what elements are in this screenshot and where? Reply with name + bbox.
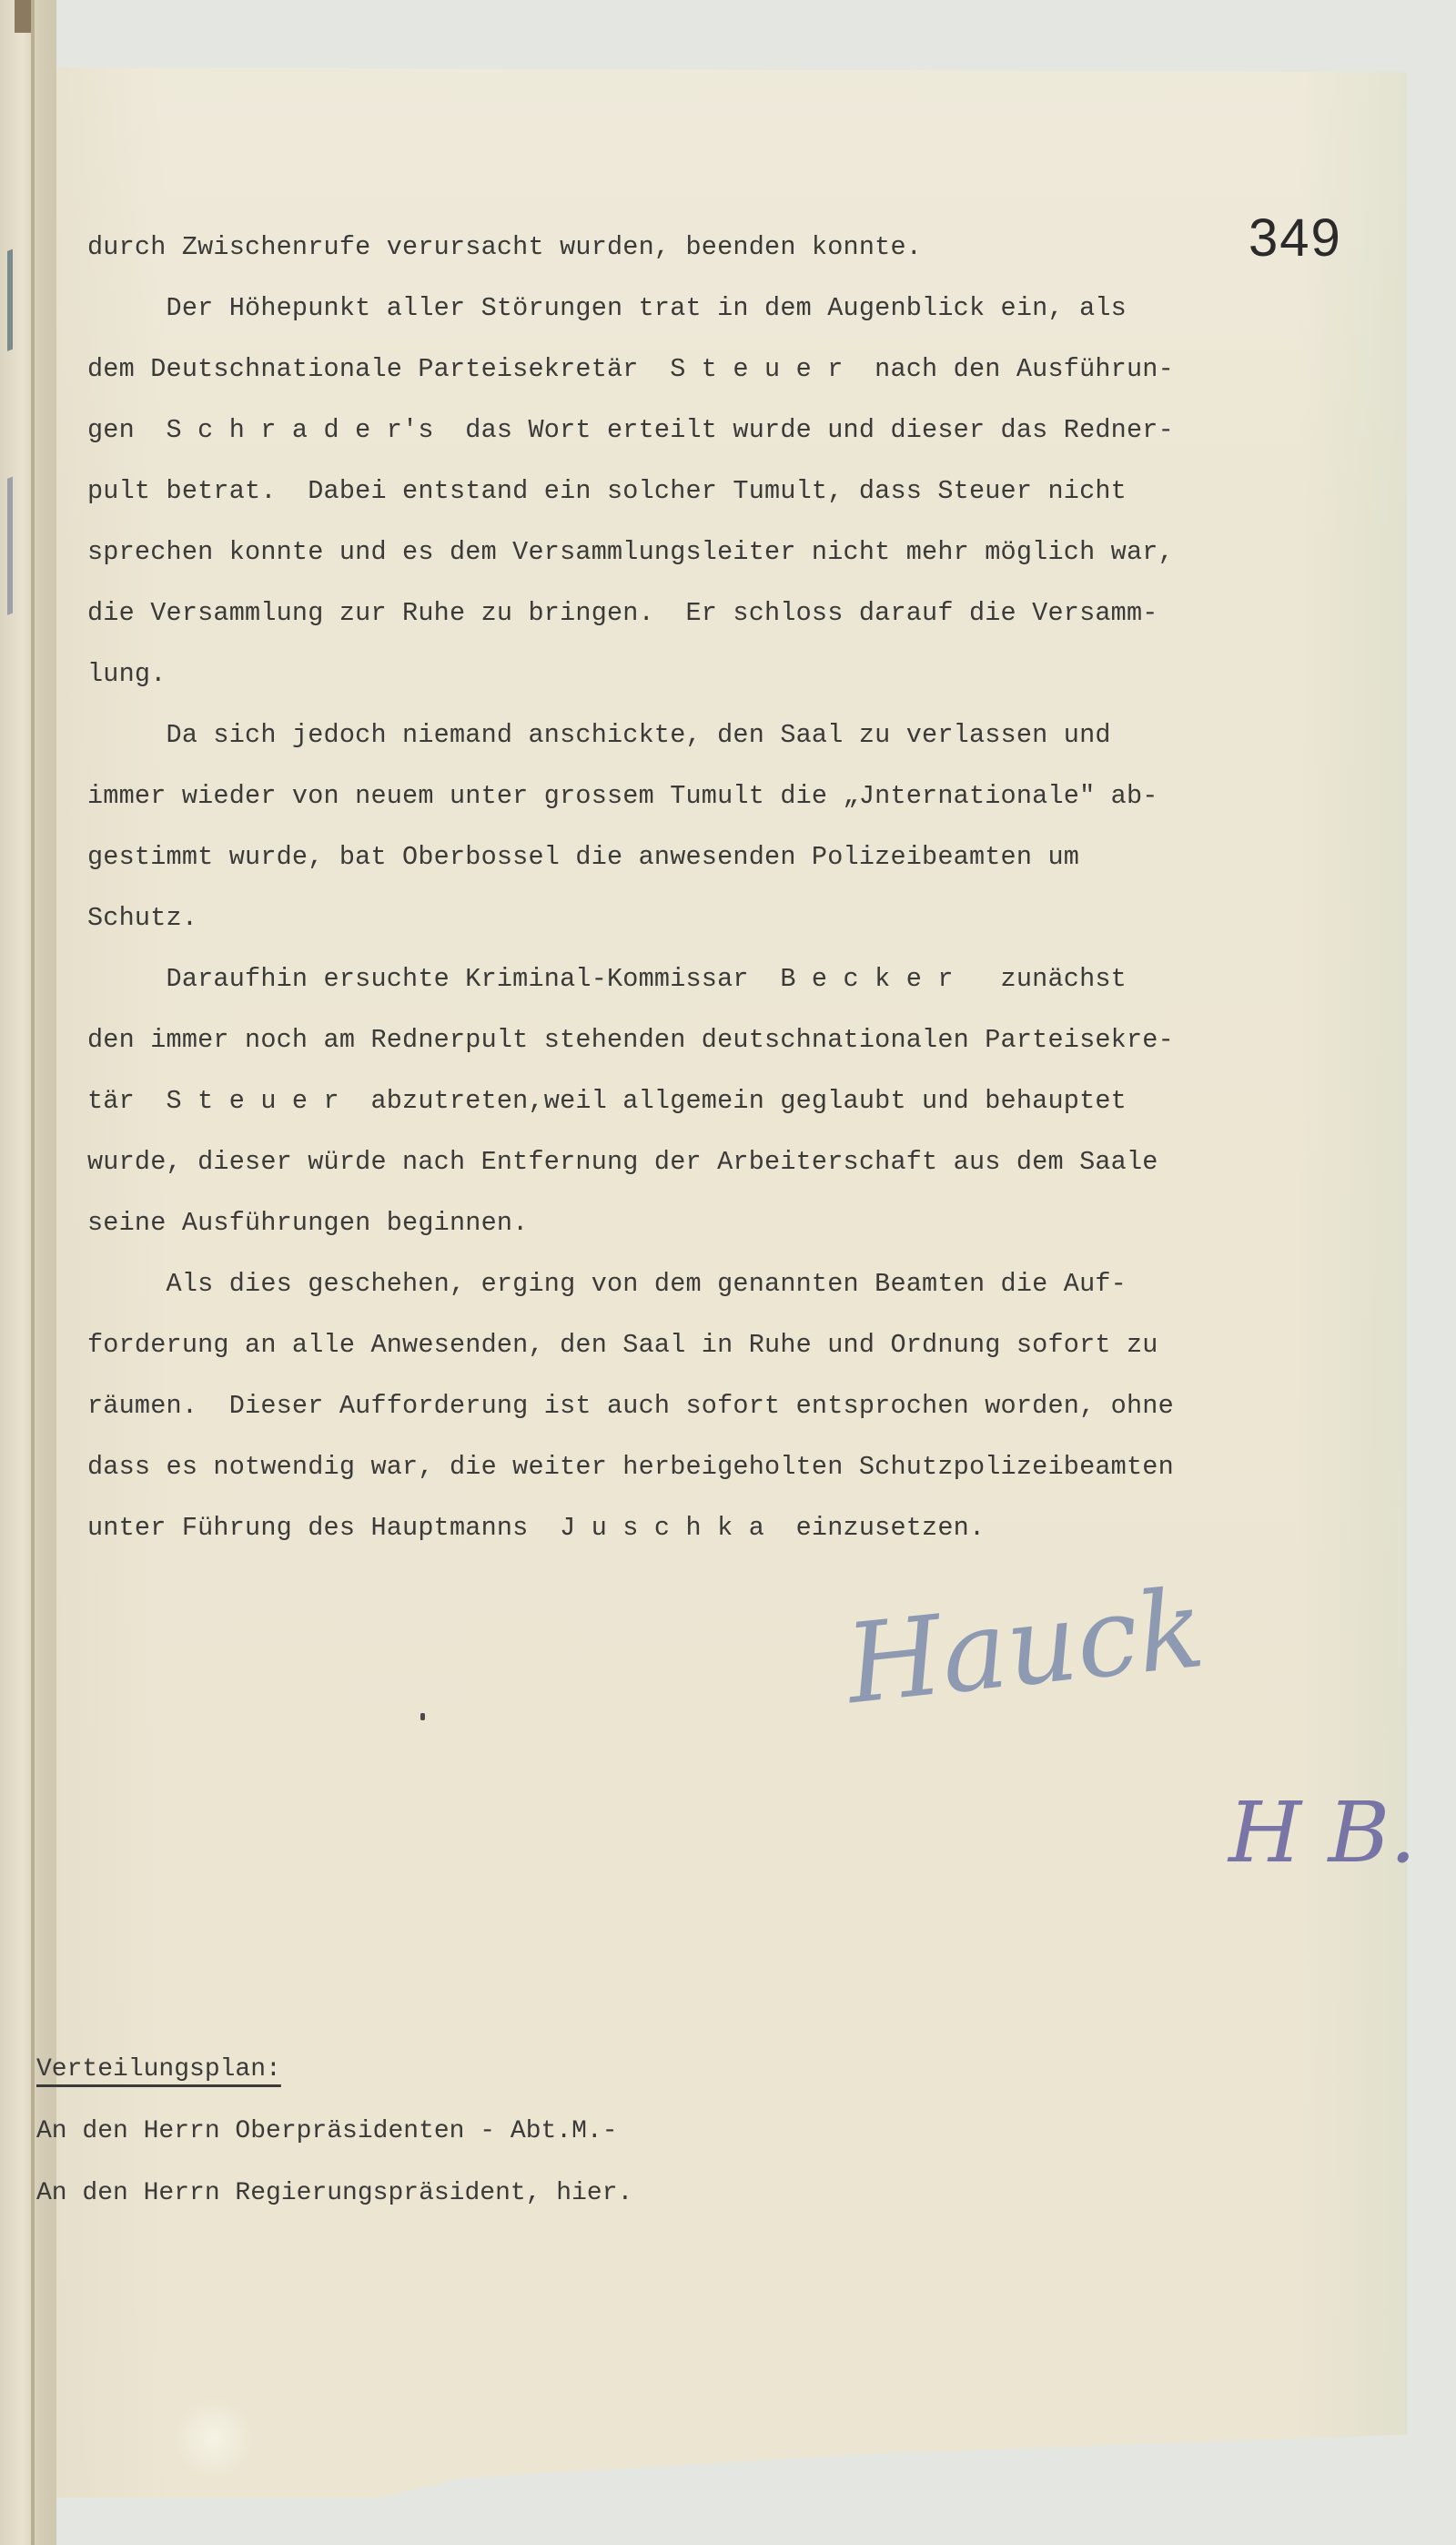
typed-line: gen S c h r a d e r's das Wort erteilt w…	[87, 400, 1398, 461]
typed-line: dass es notwendig war, die weiter herbei…	[87, 1436, 1398, 1497]
typed-line: immer wieder von neuem unter grossem Tum…	[87, 766, 1398, 826]
ink-speck	[420, 1713, 425, 1720]
paper-crease	[173, 2398, 255, 2479]
typed-line: Der Höhepunkt aller Störungen trat in de…	[87, 278, 1398, 339]
typed-line: lung.	[87, 644, 1398, 705]
margin-ink-mark	[7, 468, 36, 615]
distribution-title: Verteilungsplan:	[36, 2039, 281, 2101]
paragraph: durch Zwischenrufe verursacht wurden, be…	[87, 217, 1398, 278]
typed-line: Schutz.	[87, 887, 1398, 948]
typed-line: Daraufhin ersuchte Kriminal-Kommissar B …	[87, 948, 1398, 1009]
typed-line: tär S t e u e r abzutreten,weil allgemei…	[87, 1070, 1398, 1131]
binding-tab	[15, 0, 31, 33]
signature-initials: H B.	[1228, 1784, 1416, 1881]
paragraph: Daraufhin ersuchte Kriminal-Kommissar B …	[87, 948, 1398, 1253]
margin-ink-mark	[7, 240, 36, 351]
paragraph: Als dies geschehen, erging von dem genan…	[87, 1253, 1398, 1558]
typed-line: wurde, dieser würde nach Entfernung der …	[87, 1131, 1398, 1192]
typed-line: gestimmt wurde, bat Oberbossel die anwes…	[87, 826, 1398, 887]
typed-line: räumen. Dieser Aufforderung ist auch sof…	[87, 1375, 1398, 1436]
typed-line: durch Zwischenrufe verursacht wurden, be…	[87, 217, 1398, 278]
typed-line: Da sich jedoch niemand anschickte, den S…	[87, 705, 1398, 766]
typed-line: pult betrat. Dabei entstand ein solcher …	[87, 461, 1398, 522]
typed-line: dem Deutschnationale Parteisekretär S t …	[87, 339, 1398, 400]
typed-line: Als dies geschehen, erging von dem genan…	[87, 1253, 1398, 1314]
paragraph: Da sich jedoch niemand anschickte, den S…	[87, 705, 1398, 948]
typed-body: durch Zwischenrufe verursacht wurden, be…	[87, 217, 1398, 1558]
paragraph: Der Höhepunkt aller Störungen trat in de…	[87, 278, 1398, 705]
distribution-plan: Verteilungsplan: An den Herrn Oberpräsid…	[36, 2039, 632, 2225]
binding-edge	[31, 0, 35, 2545]
typed-line: sprechen konnte und es dem Versammlungsl…	[87, 522, 1398, 583]
distribution-recipient: An den Herrn Oberpräsidenten - Abt.M.-	[36, 2101, 632, 2163]
typed-line: forderung an alle Anwesenden, den Saal i…	[87, 1314, 1398, 1375]
distribution-recipient: An den Herrn Regierungspräsident, hier.	[36, 2163, 632, 2225]
typed-line: die Versammlung zur Ruhe zu bringen. Er …	[87, 583, 1398, 644]
typed-line: den immer noch am Rednerpult stehenden d…	[87, 1009, 1398, 1070]
typed-line: unter Führung des Hauptmanns J u s c h k…	[87, 1497, 1398, 1558]
typed-line: seine Ausführungen beginnen.	[87, 1192, 1398, 1253]
